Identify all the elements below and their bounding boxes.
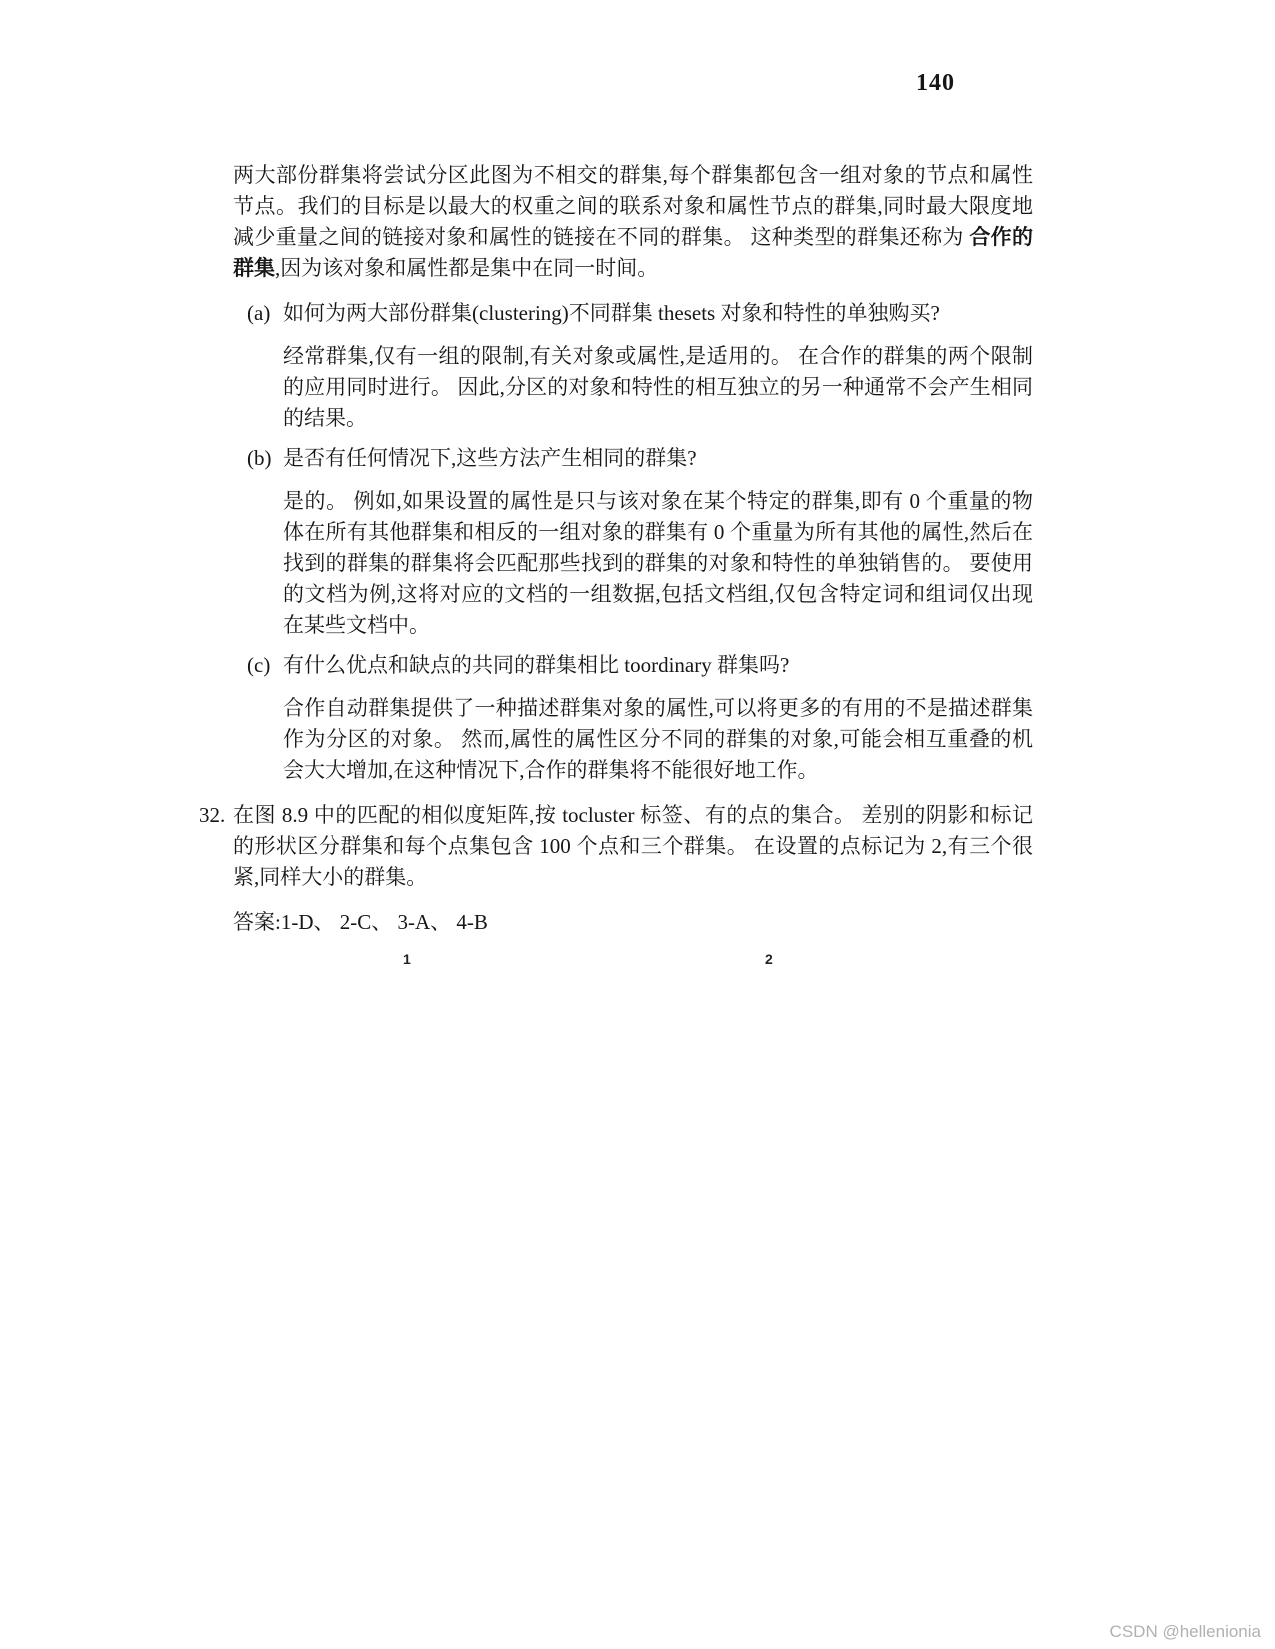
subitem-c-label: (c) xyxy=(247,650,270,681)
intro-paragraph: 两大部份群集将尝试分区此图为不相交的群集,每个群集都包含一组对象的节点和属性节点… xyxy=(233,160,1033,284)
subitem-c-question-text: 有什么优点和缺点的共同的群集相比 toordinary 群集吗? xyxy=(283,653,789,677)
subitem-a-question: (a)如何为两大部份群集(clustering)不同群集 thesets 对象和… xyxy=(283,298,1033,329)
intro-text-after: ,因为该对象和属性都是集中在同一时间。 xyxy=(275,256,658,280)
footnote-marker-row: 1 2 xyxy=(233,938,1033,972)
subitem-b-answer: 是的。 例如,如果设置的属性是只与该对象在某个特定的群集,即有 0 个重量的物体… xyxy=(283,486,1033,641)
item-32-number: 32. xyxy=(199,800,225,831)
subitem-a-label: (a) xyxy=(247,298,270,329)
subitem-c-answer: 合作自动群集提供了一种描述群集对象的属性,可以将更多的有用的不是描述群集作为分区… xyxy=(283,693,1033,786)
watermark: CSDN @hellenionia xyxy=(1110,1622,1261,1642)
footnote-marker-2: 2 xyxy=(765,944,773,975)
page-number: 140 xyxy=(916,70,955,97)
intro-text-before: 两大部份群集将尝试分区此图为不相交的群集,每个群集都包含一组对象的节点和属性节点… xyxy=(233,163,1033,249)
subitem-a: (a)如何为两大部份群集(clustering)不同群集 thesets 对象和… xyxy=(283,298,1033,434)
subitem-a-question-text: 如何为两大部份群集(clustering)不同群集 thesets 对象和特性的… xyxy=(283,301,940,325)
subitem-b-question: (b)是否有任何情况下,这些方法产生相同的群集? xyxy=(283,443,1033,474)
item-32-text: 在图 8.9 中的匹配的相似度矩阵,按 tocluster 标签、有的点的集合。… xyxy=(233,800,1033,893)
subitem-c: (c)有什么优点和缺点的共同的群集相比 toordinary 群集吗? 合作自动… xyxy=(283,650,1033,786)
document-body: 两大部份群集将尝试分区此图为不相交的群集,每个群集都包含一组对象的节点和属性节点… xyxy=(233,160,1033,972)
subitem-b-label: (b) xyxy=(247,443,272,474)
subitem-b-question-text: 是否有任何情况下,这些方法产生相同的群集? xyxy=(283,446,697,470)
item-32-answer-line: 答案:1-D、 2-C、 3-A、 4-B xyxy=(233,907,1033,938)
footnote-marker-1: 1 xyxy=(403,944,411,975)
subitem-b: (b)是否有任何情况下,这些方法产生相同的群集? 是的。 例如,如果设置的属性是… xyxy=(283,443,1033,641)
subitem-a-answer: 经常群集,仅有一组的限制,有关对象或属性,是适用的。 在合作的群集的两个限制的应… xyxy=(283,341,1033,434)
item-32: 32. 在图 8.9 中的匹配的相似度矩阵,按 tocluster 标签、有的点… xyxy=(233,800,1033,893)
subitem-c-question: (c)有什么优点和缺点的共同的群集相比 toordinary 群集吗? xyxy=(283,650,1033,681)
